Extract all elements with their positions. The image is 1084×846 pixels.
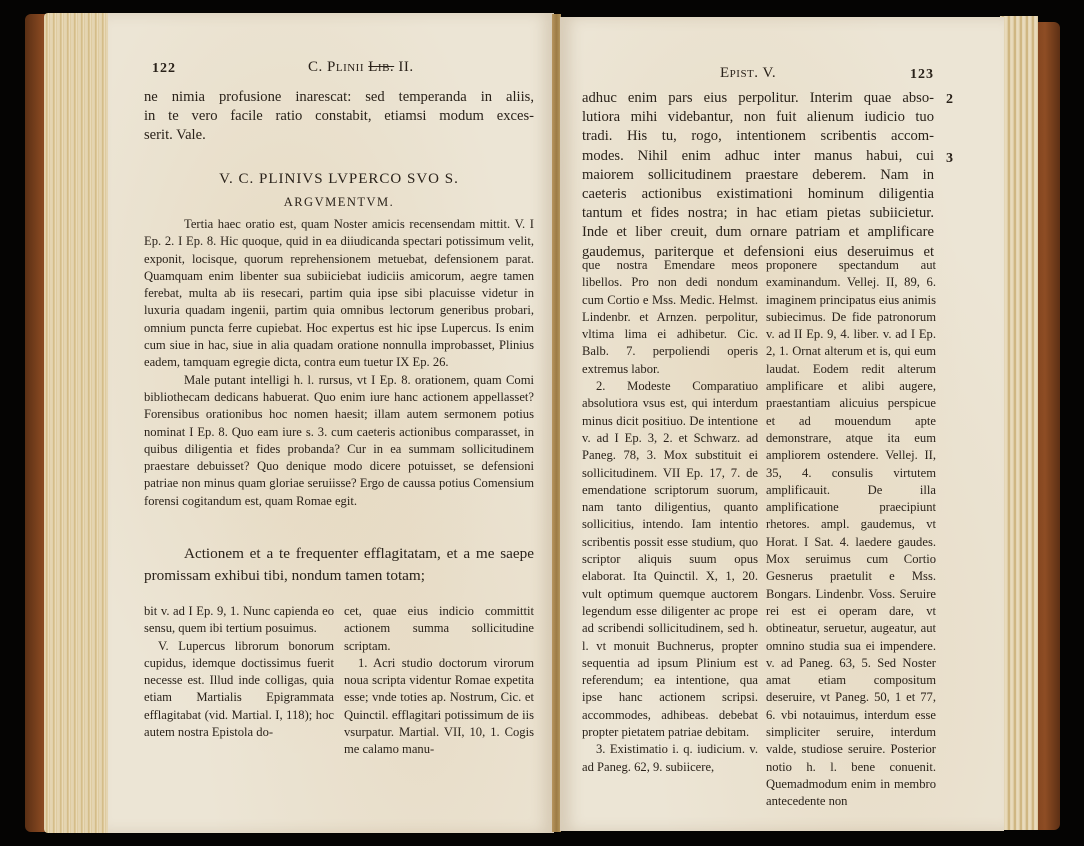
running-head-book: II. [398,59,413,75]
notes-column-2: proponere spectandum aut examinandum. Ve… [766,257,936,811]
running-head-title: C. Plinii [308,59,364,75]
page-number-right: 123 [910,67,934,83]
margin-number: 2 [946,92,953,108]
text-line: in te vero facile ratio constabit, etiam… [144,107,534,126]
margin-number: 3 [946,151,953,167]
note: 3. Existimatio i. q. iudicium. v. ad Pan… [582,741,758,776]
left-page: 122 C. Plinii Lib. II. ne nimia profusio… [108,13,554,833]
running-head-right: Epist. V. [720,65,776,82]
running-head-struck: Lib. [368,59,394,75]
text-line: caeteris actionibus existimationi hominu… [582,185,934,204]
notes-column-1: bit v. ad I Ep. 9, 1. Nunc capienda eo s… [144,603,334,741]
note: 2. Modeste Comparatiuo absolutiora vsus … [582,378,758,741]
text-line: lutiora mihi videbantur, non fuit alienu… [582,108,934,127]
argument-paragraph: Male putant intelligi h. l. rursus, vt I… [144,372,534,510]
note: cet, quae eius indicio committit actione… [344,603,534,655]
text-line: adhuc enim pars eius perpolitur. Interim… [582,89,934,108]
argument-paragraph: Tertia haec oratio est, quam Noster amic… [144,216,534,372]
text-line: tradi. His tu, rogo, intentionem scriben… [582,127,934,146]
note: bit v. ad I Ep. 9, 1. Nunc capienda eo s… [144,603,334,638]
page-edges-left [44,13,112,833]
running-head-left: C. Plinii Lib. II. [308,59,414,76]
text-line: Inde et liber creuit, dum ornare patriam… [582,223,934,242]
right-body-text: adhuc enim pars eius perpolitur. Interim… [582,89,934,262]
main-text: Actionem et a te frequenter efflagitatam… [144,543,534,587]
note: proponere spectandum aut examinandum. Ve… [766,257,936,811]
page-number-left: 122 [152,61,176,77]
argument-heading: ARGVMENTVM. [144,195,534,210]
notes-column-2: cet, quae eius indicio committit actione… [344,603,534,759]
right-page: Epist. V. 123 adhuc enim pars eius perpo… [560,17,1004,831]
page-edges-right [1000,16,1038,830]
argument-text: Tertia haec oratio est, quam Noster amic… [144,216,534,510]
text-line: modes. Nihil enim adhuc inter manus habu… [582,147,934,166]
text-line: tantum et fides nostra; in hac etiam pie… [582,204,934,223]
text-line: ne nimia profusione inarescat: sed tempe… [144,88,534,107]
epistle-heading: V. C. PLINIVS LVPERCO SVO S. [144,171,534,188]
note: 1. Acri studio doctorum virorum noua scr… [344,655,534,759]
left-body-text: ne nimia profusione inarescat: sed tempe… [144,88,534,146]
text-line: maiorem sollicitudinem praestare deberem… [582,166,934,185]
text-line: serit. Vale. [144,126,534,145]
note: que nostra Emendare meos libellos. Pro n… [582,257,758,378]
main-paragraph: Actionem et a te frequenter efflagitatam… [144,543,534,587]
note: V. Lupercus librorum bonorum cupidus, id… [144,638,334,742]
notes-column-1: que nostra Emendare meos libellos. Pro n… [582,257,758,776]
